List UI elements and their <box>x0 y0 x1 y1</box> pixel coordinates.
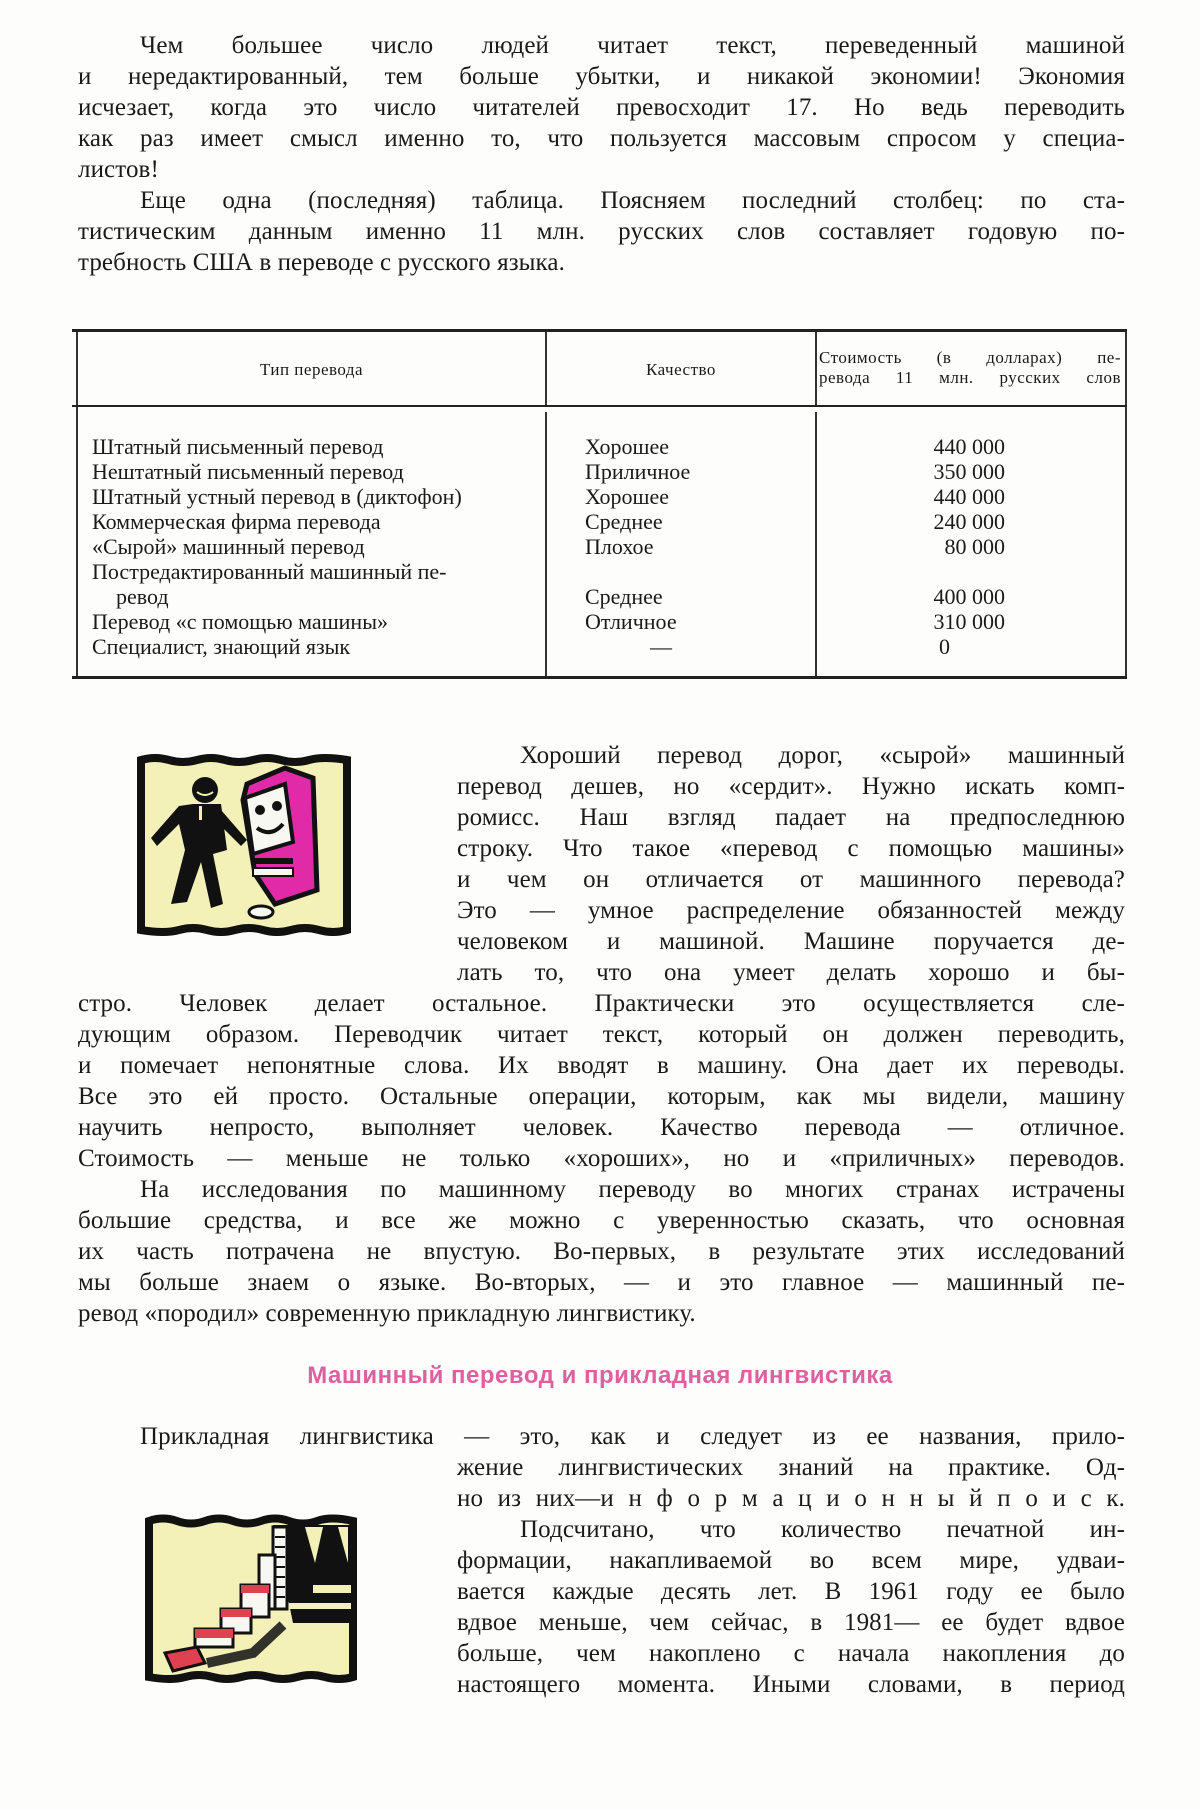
text-line: строку. Что такое «перевод с помощью маш… <box>457 834 1125 864</box>
text-line: листов! <box>78 155 1125 185</box>
text-line: исчезает, когда это число читателей прев… <box>78 93 1125 123</box>
text-line: дующим образом. Переводчик читает текст,… <box>78 1020 1125 1050</box>
cell-cost: 400 000 <box>880 584 1005 609</box>
text-line: Еще одна (последняя) таблица. Поясняем п… <box>140 186 1125 216</box>
cell-cost: 240 000 <box>880 509 1005 534</box>
text-line: На исследования по машинному переводу во… <box>140 1175 1125 1205</box>
header-cost-line2: ревода 11 млн. русских слов <box>819 368 1121 388</box>
header-quality: Качество <box>547 360 815 380</box>
text-line: вдвое меньше, чем сейчас, в 1981— ее буд… <box>457 1608 1125 1638</box>
text-line: Подсчитано, что количество печатной ин- <box>520 1515 1125 1545</box>
text-line: Хороший перевод дорог, «сырой» машинный <box>520 741 1125 771</box>
cell-type-continued: ревод <box>92 584 556 609</box>
text-line: научить непросто, выполняет человек. Кач… <box>78 1113 1125 1143</box>
text-line: большие средства, и все же можно с увере… <box>78 1206 1125 1236</box>
column-divider <box>545 412 547 676</box>
text-line: Это — умное распределение обязанностей м… <box>457 896 1125 926</box>
table-left-border <box>76 332 78 676</box>
text-line: больше, чем накоплено с начала накоплени… <box>457 1639 1125 1669</box>
cell-quality: Плохое <box>585 534 654 559</box>
text-line: и нередактированный, тем больше убытки, … <box>78 62 1125 92</box>
text-line: человеком и машиной. Машине поручается д… <box>457 927 1125 957</box>
header-type: Тип перевода <box>78 360 545 380</box>
text-line: жение лингвистических знаний на практике… <box>457 1453 1125 1483</box>
cell-quality: Приличное <box>585 459 690 484</box>
text-line: тистическим данным именно 11 млн. русски… <box>78 217 1125 247</box>
cell-type: Специалист, знающий язык <box>92 634 532 659</box>
cell-type: Коммерческая фирма перевода <box>92 509 532 534</box>
growing-stacks-of-books-illustration <box>143 1513 359 1685</box>
cell-type: Штатный письменный перевод <box>92 434 532 459</box>
text-line: Все это ей просто. Остальные операции, к… <box>78 1082 1125 1112</box>
text-line: ревод «породил» современную прикладную л… <box>78 1299 1125 1329</box>
text-line: стро. Человек делает остальное. Практиче… <box>78 989 1125 1019</box>
cell-quality: Среднее <box>585 584 663 609</box>
text-line: требность США в переводе с русского язык… <box>78 248 1125 278</box>
text-line: вается каждые десять лет. В 1961 году ее… <box>457 1577 1125 1607</box>
header-rule <box>72 405 1127 407</box>
text-line: Стоимость — меньше не только «хороших», … <box>78 1144 1125 1174</box>
header-cost-line1: Стоимость (в долларах) пе- <box>819 348 1121 368</box>
table-bottom-rule <box>72 676 1127 679</box>
cell-cost: 310 000 <box>880 609 1005 634</box>
text-line: но из них—и н ф о р м а ц и о н н ы й п … <box>457 1484 1125 1514</box>
cell-quality: Хорошее <box>585 484 669 509</box>
cell-cost: 440 000 <box>880 434 1005 459</box>
text-line: лать то, что она умеет делать хорошо и б… <box>457 958 1125 988</box>
table-right-border <box>1125 332 1127 676</box>
cell-quality: — <box>650 634 672 659</box>
text-line: мы больше знаем о языке. Во-вторых, — и … <box>78 1268 1125 1298</box>
text-line: настоящего момента. Иными словами, в пер… <box>457 1670 1125 1700</box>
cell-quality: Отличное <box>585 609 677 634</box>
man-walking-with-computer-illustration <box>135 754 353 936</box>
cell-type: Штатный устный перевод в (диктофон) <box>92 484 532 509</box>
text-line: перевод дешев, но «сердит». Нужно искать… <box>457 772 1125 802</box>
cell-type: Перевод «с помощью машины» <box>92 609 532 634</box>
text-line: Прикладная лингвистика — это, как и след… <box>140 1422 1125 1452</box>
text-line: и чем он отличается от машинного перевод… <box>457 865 1125 895</box>
column-divider <box>815 412 817 676</box>
text-line: их часть потрачена не впустую. Во-первых… <box>78 1237 1125 1267</box>
cell-cost: 440 000 <box>880 484 1005 509</box>
cell-cost: 80 000 <box>880 534 1005 559</box>
cell-cost: 350 000 <box>880 459 1005 484</box>
table-top-rule <box>72 329 1127 332</box>
text-line: и помечает непонятные слова. Их вводят в… <box>78 1051 1125 1081</box>
cell-quality: Среднее <box>585 509 663 534</box>
cell-cost: 0 <box>880 634 950 659</box>
section-heading: Машинный перевод и прикладная лингвистик… <box>0 1362 1200 1390</box>
text-line: Чем большее число людей читает текст, пе… <box>140 31 1125 61</box>
cell-quality: Хорошее <box>585 434 669 459</box>
cell-type: Нештатный письменный перевод <box>92 459 532 484</box>
column-divider <box>815 332 817 405</box>
text-line: ромисс. Наш взгляд падает на предпоследн… <box>457 803 1125 833</box>
text-line: формации, накапливаемой во всем мире, уд… <box>457 1546 1125 1576</box>
cell-type: Постредактированный машинный пе- <box>92 559 532 584</box>
text-line: как раз имеет смысл именно то, что польз… <box>78 124 1125 154</box>
cell-type: «Сырой» машинный перевод <box>92 534 532 559</box>
